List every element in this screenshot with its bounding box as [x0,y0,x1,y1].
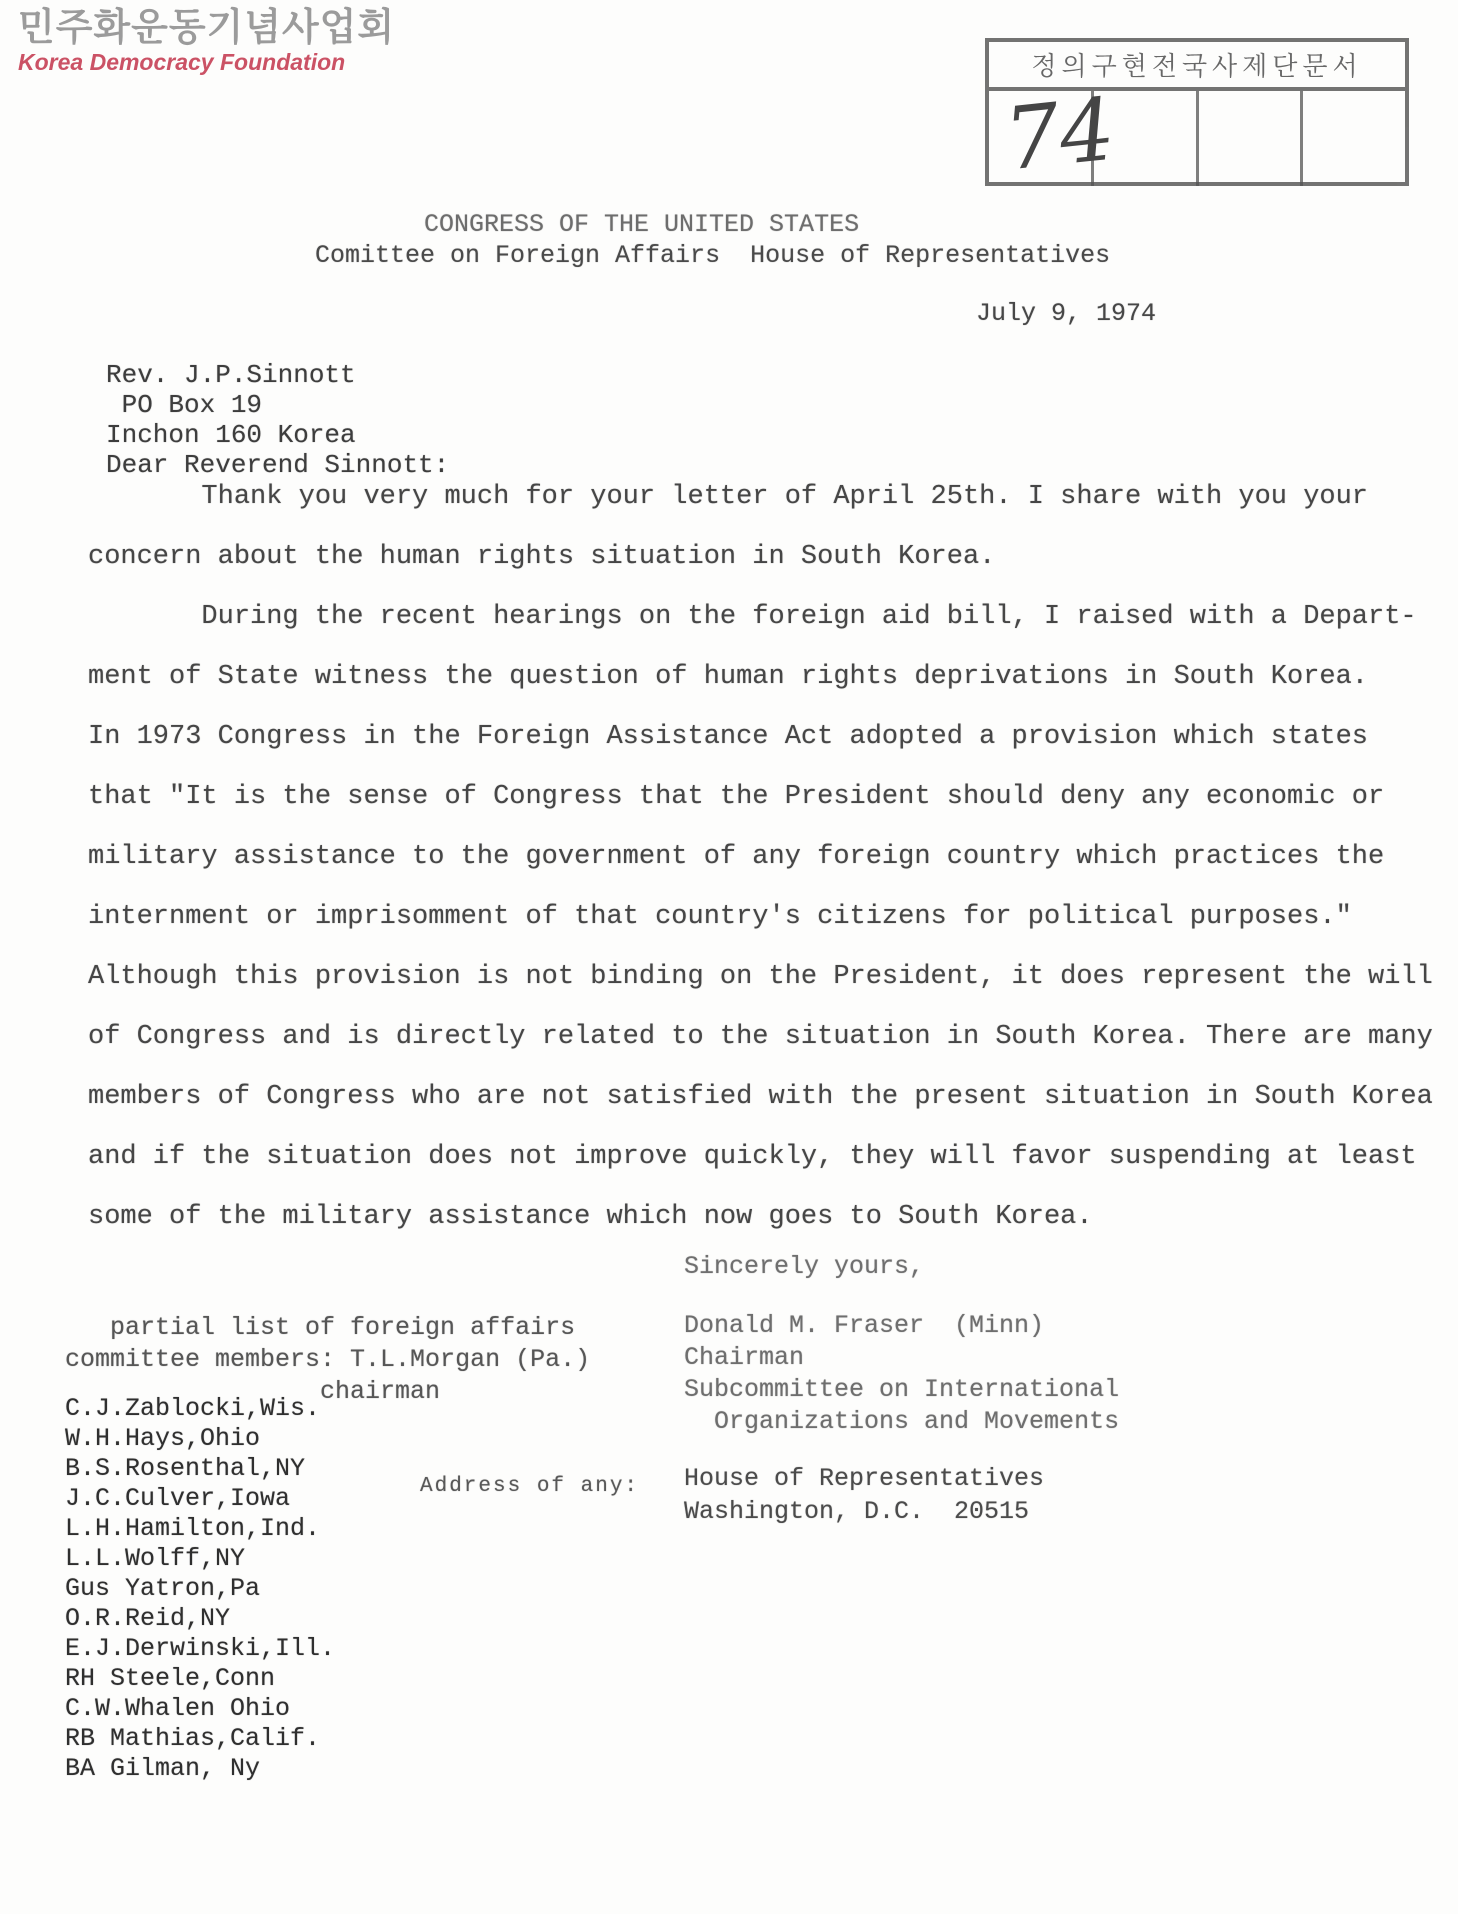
stamp-cell-1: 74 [989,91,1094,186]
recipient-address-block: Rev. J.P.Sinnott PO Box 19 Inchon 160 Ko… [106,360,449,480]
letter-heading-line1: CONGRESS OF THE UNITED STATES [424,210,859,239]
address-label: Address of any: [420,1475,639,1498]
stamp-cell-3 [1199,91,1304,186]
stamp-cell-4 [1303,91,1405,186]
signature-block: Donald M. Fraser (Minn) Chairman Subcomm… [684,1310,1119,1438]
kdf-logo: 민주화운동기념사업회 Korea Democracy Foundation [18,6,395,76]
letter-heading-line2: Comittee on Foreign Affairs House of Rep… [315,241,1110,270]
letter-body: Thank you very much for your letter of A… [88,467,1433,1247]
letter-date: July 9, 1974 [976,299,1156,328]
kdf-logo-subtitle: Korea Democracy Foundation [18,49,395,76]
house-address-block: House of Representatives Washington, D.C… [684,1462,1044,1528]
scanned-letter-page: 민주화운동기념사업회 Korea Democracy Foundation 정의… [0,0,1458,1914]
archive-stamp: 정의구현전국사제단문서 74 [985,38,1409,186]
kdf-logo-korean-text: 민주화운동기념사업회 [18,6,395,48]
stamp-grid: 74 [989,91,1405,186]
stamp-title-text: 정의구현전국사제단문서 [989,42,1405,91]
committee-members-list: C.J.Zablocki,Wis. W.H.Hays,Ohio B.S.Rose… [65,1394,335,1784]
closing-salutation: Sincerely yours, [684,1252,924,1281]
stamp-cell-2 [1094,91,1199,186]
